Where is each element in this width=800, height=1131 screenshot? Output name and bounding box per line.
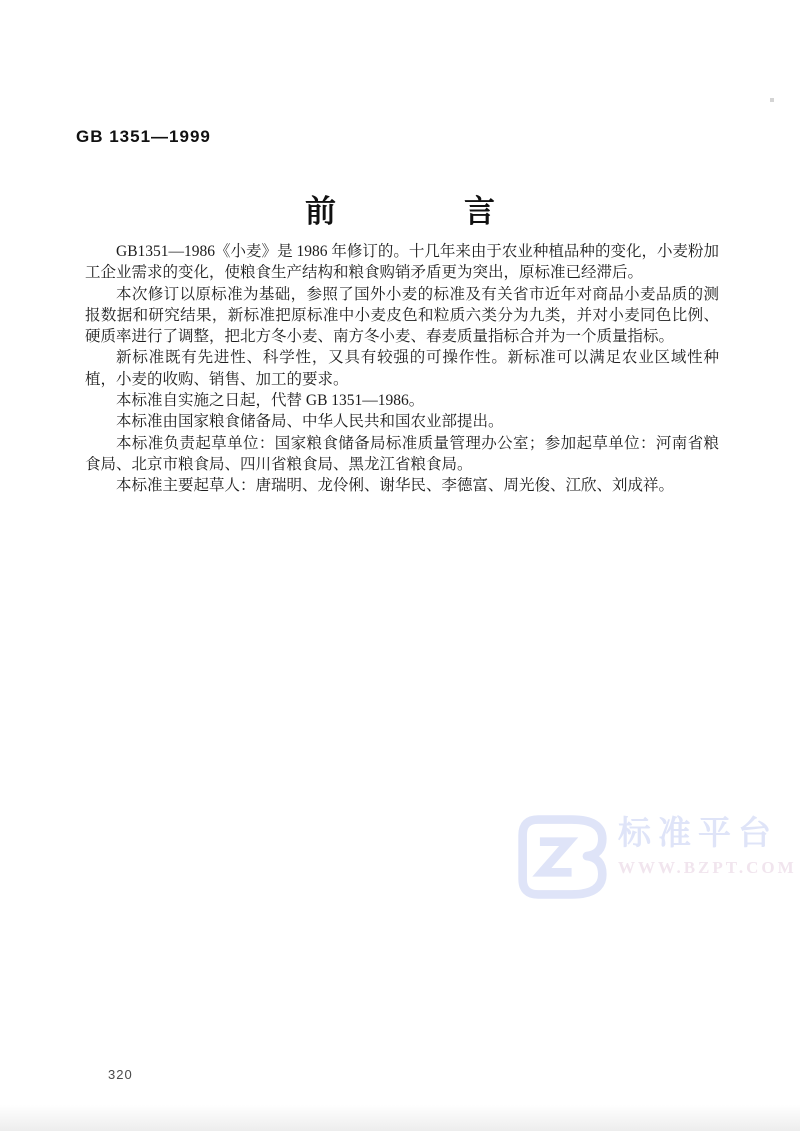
- scanned-document-page: GB 1351—1999 前言 GB1351—1986《小麦》是 1986 年修…: [0, 0, 800, 1131]
- foreword-paragraph: 新标准既有先进性、科学性，又具有较强的可操作性。新标准可以满足农业区域性种植，小…: [85, 347, 719, 390]
- standard-code: GB 1351—1999: [76, 127, 211, 147]
- foreword-paragraph: GB1351—1986《小麦》是 1986 年修订的。十几年来由于农业种植品种的…: [85, 241, 719, 284]
- watermark: 标准平台 WWW.BZPT.COM: [514, 812, 750, 904]
- page-title: 前言: [0, 186, 800, 231]
- scan-speck: [770, 98, 774, 102]
- page-number: 320: [108, 1067, 133, 1082]
- watermark-text: 标准平台 WWW.BZPT.COM: [618, 812, 797, 878]
- foreword-body: GB1351—1986《小麦》是 1986 年修订的。十几年来由于农业种植品种的…: [85, 241, 719, 497]
- foreword-paragraph: 本标准负责起草单位：国家粮食储备局标准质量管理办公室；参加起草单位：河南省粮食局…: [85, 433, 719, 476]
- page-title-char-1: 前: [305, 194, 336, 229]
- foreword-paragraph: 本标准主要起草人：唐瑞明、龙伶俐、谢华民、李德富、周光俊、江欣、刘成祥。: [85, 475, 719, 496]
- watermark-name: 标准平台: [618, 812, 797, 853]
- page-title-char-2: 言: [464, 194, 495, 229]
- foreword-paragraph: 本标准由国家粮食储备局、中华人民共和国农业部提出。: [85, 411, 719, 432]
- bz-logo-icon: [514, 812, 610, 902]
- foreword-paragraph: 本标准自实施之日起，代替 GB 1351—1986。: [85, 390, 719, 411]
- watermark-url: WWW.BZPT.COM: [618, 858, 797, 878]
- foreword-paragraph: 本次修订以原标准为基础，参照了国外小麦的标准及有关省市近年对商品小麦品质的测报数…: [85, 284, 719, 348]
- scan-bottom-shade: [0, 1105, 800, 1131]
